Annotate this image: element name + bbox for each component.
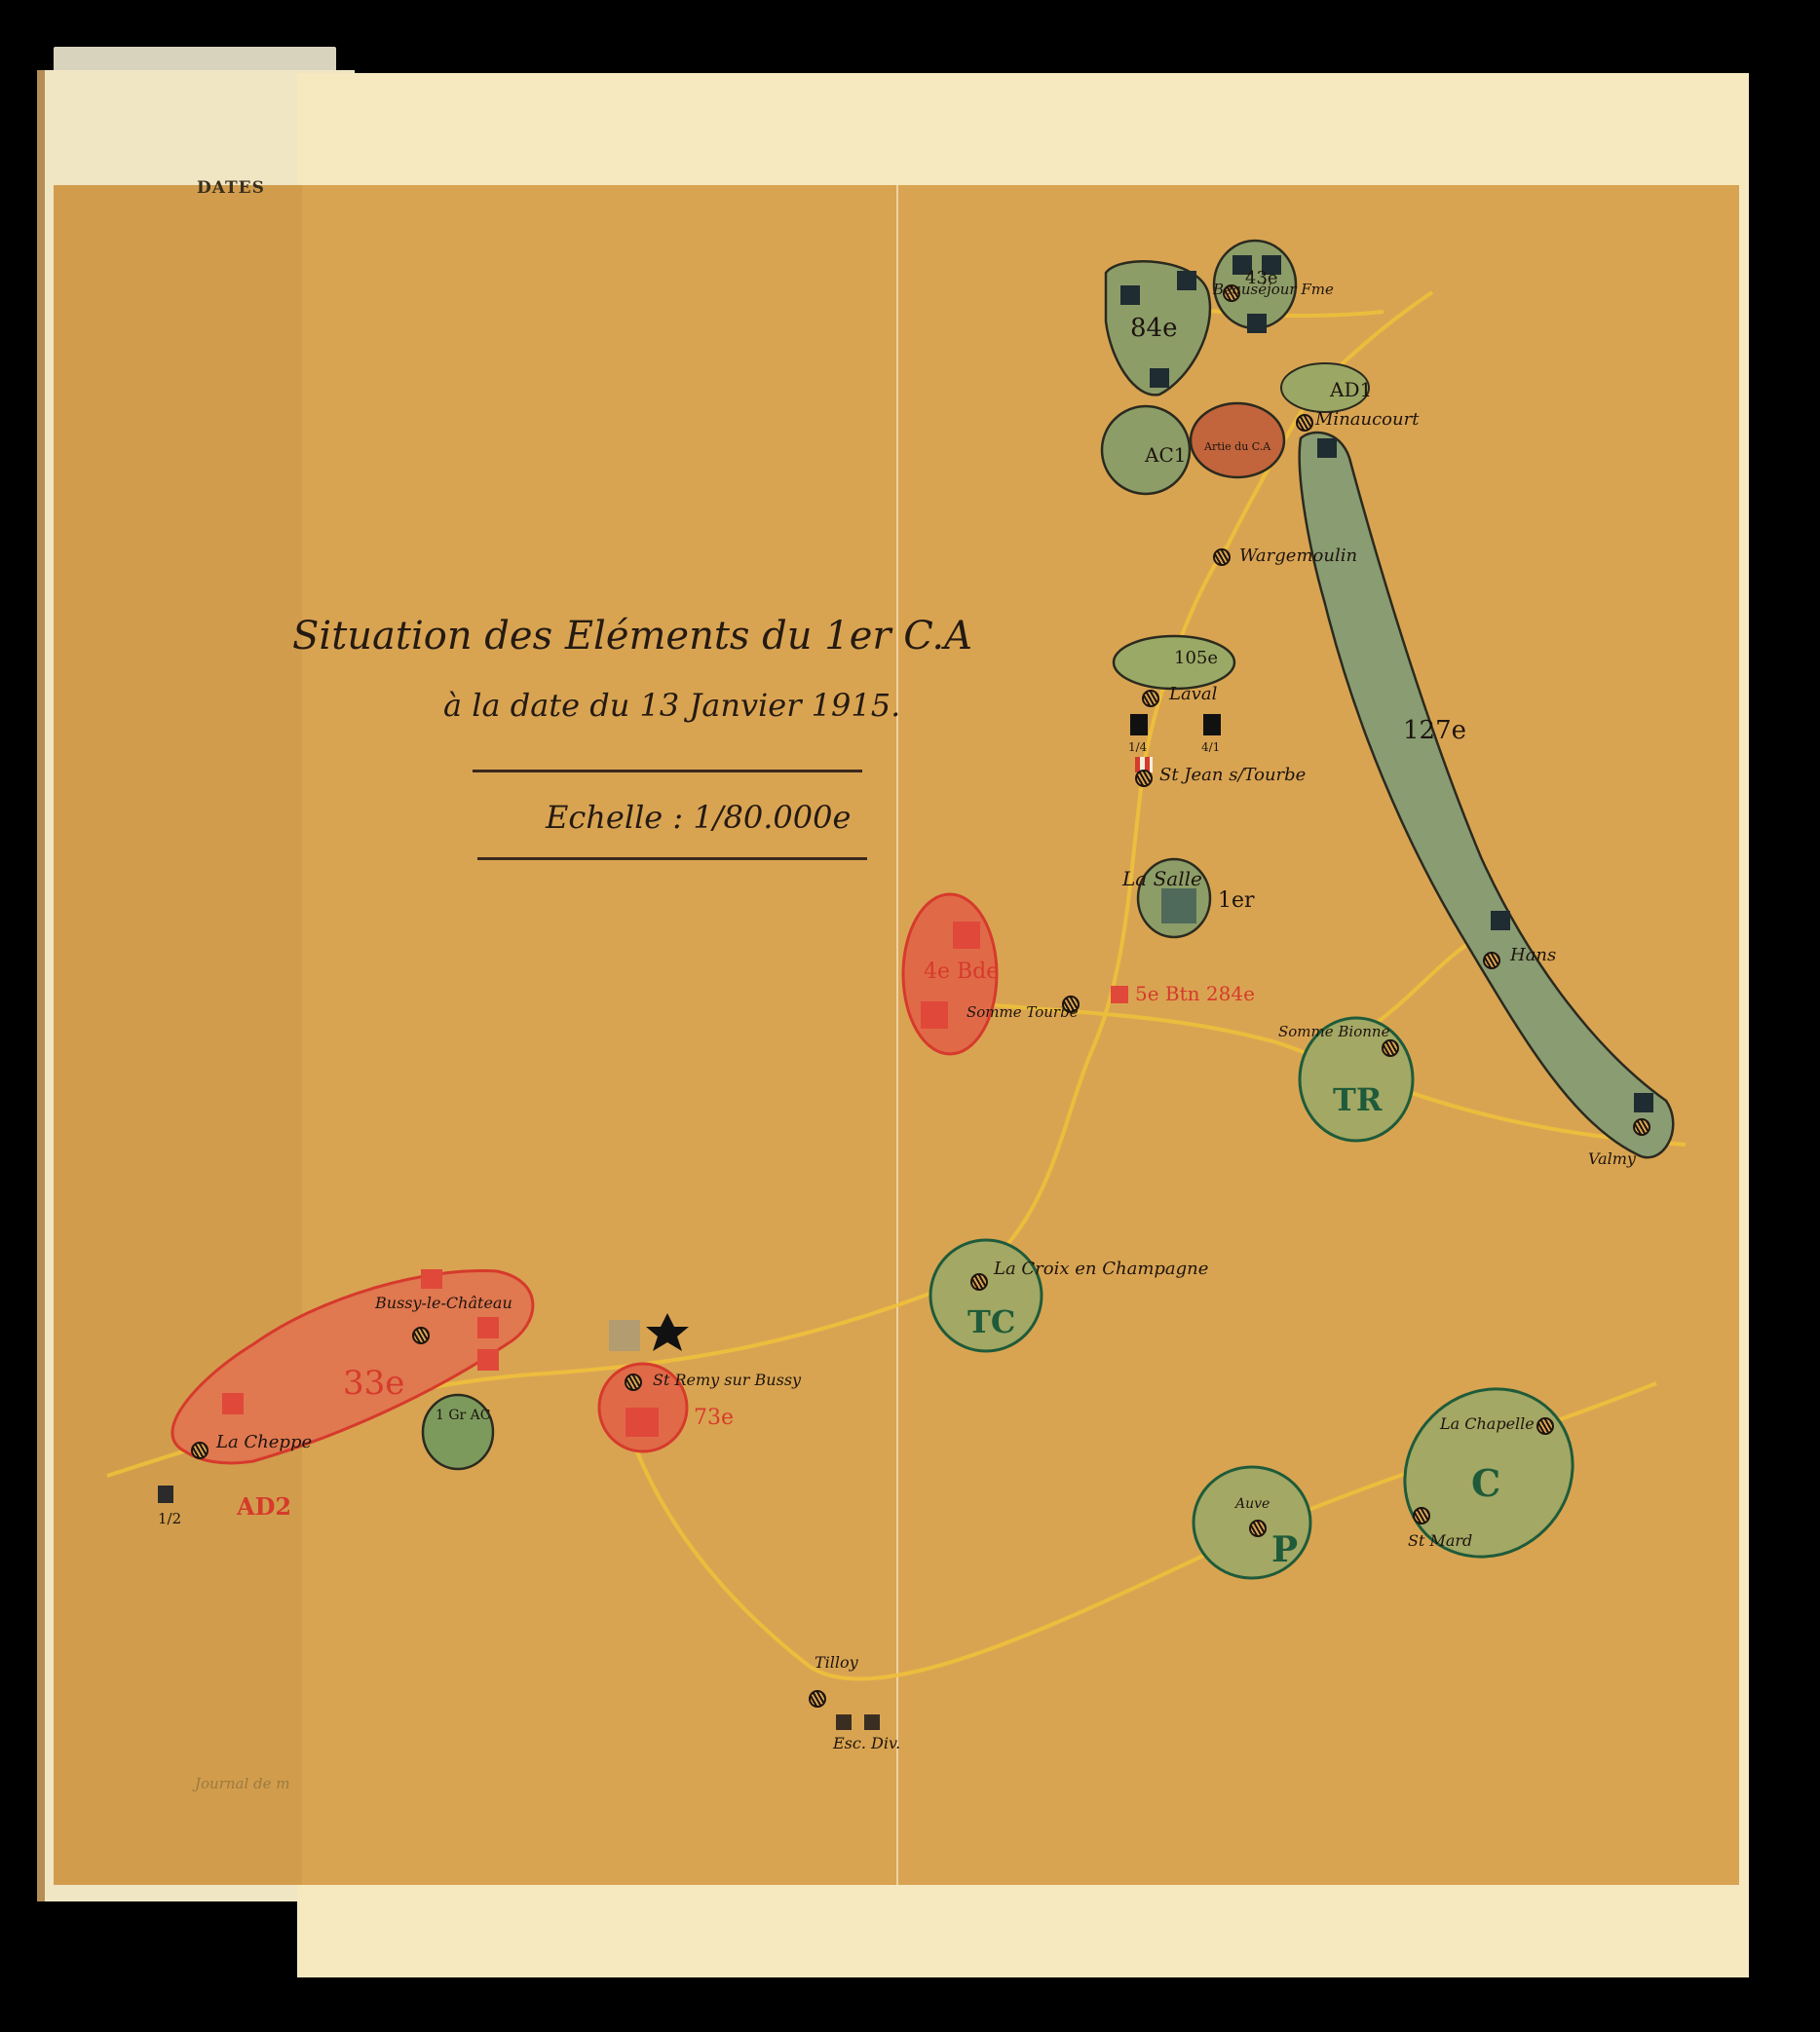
village-dot-icon: [1135, 770, 1153, 787]
unit-p: P: [1271, 1529, 1298, 1570]
cavalry-icon: [836, 1714, 852, 1730]
battery-icon: [158, 1486, 173, 1503]
village-dot-icon: [412, 1327, 430, 1344]
village-dot-icon: [809, 1690, 826, 1708]
unit-73e: 73e: [694, 1406, 734, 1430]
village-dot-icon: [1483, 952, 1500, 969]
place-somme-bionne: Somme Bionne: [1278, 1023, 1389, 1040]
place-la-croix-en-champagne: La Croix en Champagne: [994, 1259, 1208, 1279]
battery-icon: [1203, 714, 1221, 735]
place-hans: Hans: [1510, 945, 1556, 965]
red-unit-marker-icon: [477, 1317, 499, 1338]
red-unit-marker-icon: [222, 1393, 244, 1414]
unit-marker-icon: [1634, 1093, 1653, 1112]
village-dot-icon: [1213, 548, 1231, 566]
cavalry-icon: [864, 1714, 880, 1730]
village-dot-icon: [1142, 690, 1159, 707]
red-flag-icon: [421, 1269, 442, 1289]
red-unit-marker-icon: [626, 1408, 659, 1437]
unit-84e: 84e: [1130, 314, 1177, 343]
village-dot-icon: [1249, 1520, 1267, 1537]
star-icon: [646, 1313, 689, 1351]
unit-ac1: AC1: [1145, 443, 1186, 467]
unit-1-groupe-ac: 1 Gr AC: [436, 1408, 491, 1423]
place-somme-tourbe: Somme Tourbe: [967, 1003, 1079, 1021]
place-valmy: Valmy: [1588, 1149, 1636, 1168]
unit-ad1: AD1: [1330, 378, 1372, 401]
place-la-salle: La Salle: [1122, 867, 1202, 890]
unit-marker-icon: [1247, 314, 1267, 333]
place-wargemoulin: Wargemoulin: [1239, 546, 1357, 566]
village-dot-icon: [1382, 1039, 1399, 1057]
map-date: à la date du 13 Janvier 1915.: [443, 687, 900, 724]
village-dot-icon: [1296, 414, 1313, 432]
place-bussy-le-chateau: Bussy-le-Château: [375, 1294, 512, 1312]
unit-tr: TR: [1333, 1081, 1382, 1118]
unit-1-2: 1/2: [158, 1510, 181, 1527]
unit-105e: 105e: [1174, 648, 1218, 668]
title-rule-bottom: [477, 857, 867, 860]
red-unit-marker-icon: [953, 922, 980, 949]
place-st-jean-sur-tourbe: St Jean s/Tourbe: [1159, 765, 1306, 785]
unit-4-1: 4/1: [1201, 740, 1220, 754]
place-laval: Laval: [1169, 684, 1217, 704]
unit-marker-icon: [1150, 368, 1169, 388]
village-dot-icon: [625, 1373, 642, 1391]
unit-127e: 127e: [1403, 716, 1466, 745]
unit-4e-brigade: 4e Bde: [924, 960, 999, 984]
place-st-mard: St Mard: [1408, 1531, 1472, 1550]
place-la-chapelle: La Chapelle: [1440, 1414, 1535, 1433]
unit-marker-icon: [1491, 911, 1510, 930]
unit-marker-icon: [1317, 438, 1337, 458]
village-dot-icon: [1633, 1118, 1650, 1136]
place-minaucourt: Minaucourt: [1315, 409, 1419, 430]
red-unit-marker-icon: [1111, 986, 1128, 1003]
place-st-remy-sur-bussy: St Remy sur Bussy: [653, 1371, 801, 1389]
unit-c: C: [1471, 1461, 1500, 1505]
map-title: Situation des Eléments du 1er C.A: [292, 614, 972, 659]
place-la-cheppe: La Cheppe: [216, 1432, 312, 1452]
red-unit-marker-icon: [477, 1349, 499, 1371]
unit-tc: TC: [967, 1303, 1015, 1340]
village-dot-icon: [1413, 1507, 1430, 1524]
unit-ad2: AD2: [237, 1492, 291, 1521]
unit-33e: 33e: [343, 1364, 404, 1403]
unit-escadron-divisionnaire: Esc. Div.: [833, 1734, 900, 1752]
unit-marker-icon: [1120, 285, 1140, 305]
village-dot-icon: [1536, 1417, 1554, 1435]
unit-5e-btn-284e: 5e Btn 284e: [1135, 982, 1255, 1005]
unit-artillerie-ca: Artie du C.A: [1204, 440, 1270, 453]
unit-43e: 43e: [1245, 268, 1278, 288]
map-drawing: [0, 0, 1820, 2032]
unit-1er: 1er: [1218, 888, 1255, 913]
battery-icon: [1130, 714, 1148, 735]
place-auve: Auve: [1235, 1496, 1270, 1512]
unit-marker-icon: [1161, 888, 1196, 923]
place-tilloy: Tilloy: [815, 1653, 858, 1672]
map-scale: Echelle : 1/80.000e: [546, 799, 851, 836]
unit-marker-icon: [1177, 271, 1196, 290]
village-dot-icon: [970, 1273, 988, 1291]
title-rule-top: [473, 770, 862, 772]
red-unit-marker-icon: [921, 1001, 948, 1029]
village-dot-icon: [191, 1442, 209, 1459]
unit-1-4: 1/4: [1128, 740, 1147, 754]
